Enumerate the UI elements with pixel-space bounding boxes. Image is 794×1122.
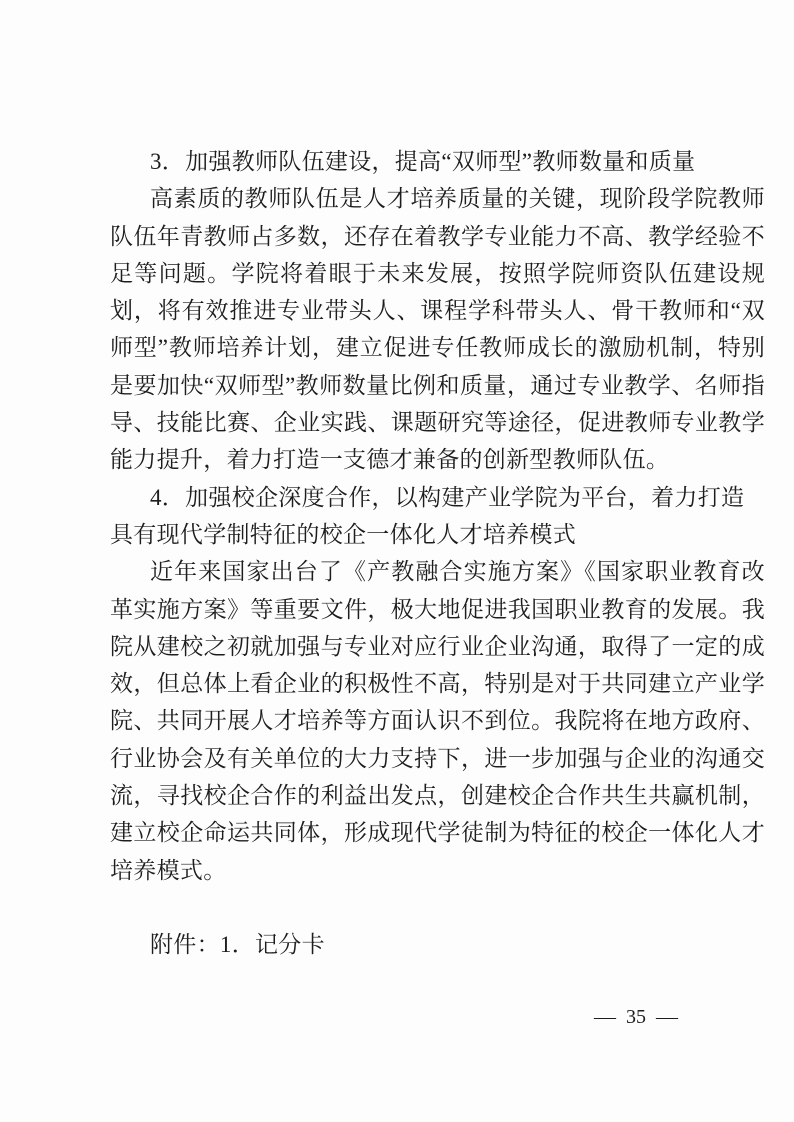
document-body: 3．加强教师队伍建设，提高“双师型”教师数量和质量 高素质的教师队伍是人才培养质… [110,143,765,964]
section-3-paragraph: 高素质的教师队伍是人才培养质量的关键，现阶段学院教师队伍年青教师占多数，还存在着… [110,180,765,478]
page-number-value: 35 [626,1006,646,1029]
attachment-line: 附件：1．记分卡 [110,926,765,963]
document-page: 3．加强教师队伍建设，提高“双师型”教师数量和质量 高素质的教师队伍是人才培养质… [0,0,794,1122]
section-4-heading: 4．加强校企深度合作，以构建产业学院为平台，着力打造具有现代学制特征的校企一体化… [110,479,765,554]
section-3-heading: 3．加强教师队伍建设，提高“双师型”教师数量和质量 [110,143,765,180]
section-4-paragraph: 近年来国家出台了《产教融合实施方案》《国家职业教育改革实施方案》等重要文件，极大… [110,553,765,889]
page-number: — 35 — [595,1006,677,1029]
page-number-left-dash: — [594,1006,616,1029]
page-number-right-dash: — [656,1006,678,1029]
